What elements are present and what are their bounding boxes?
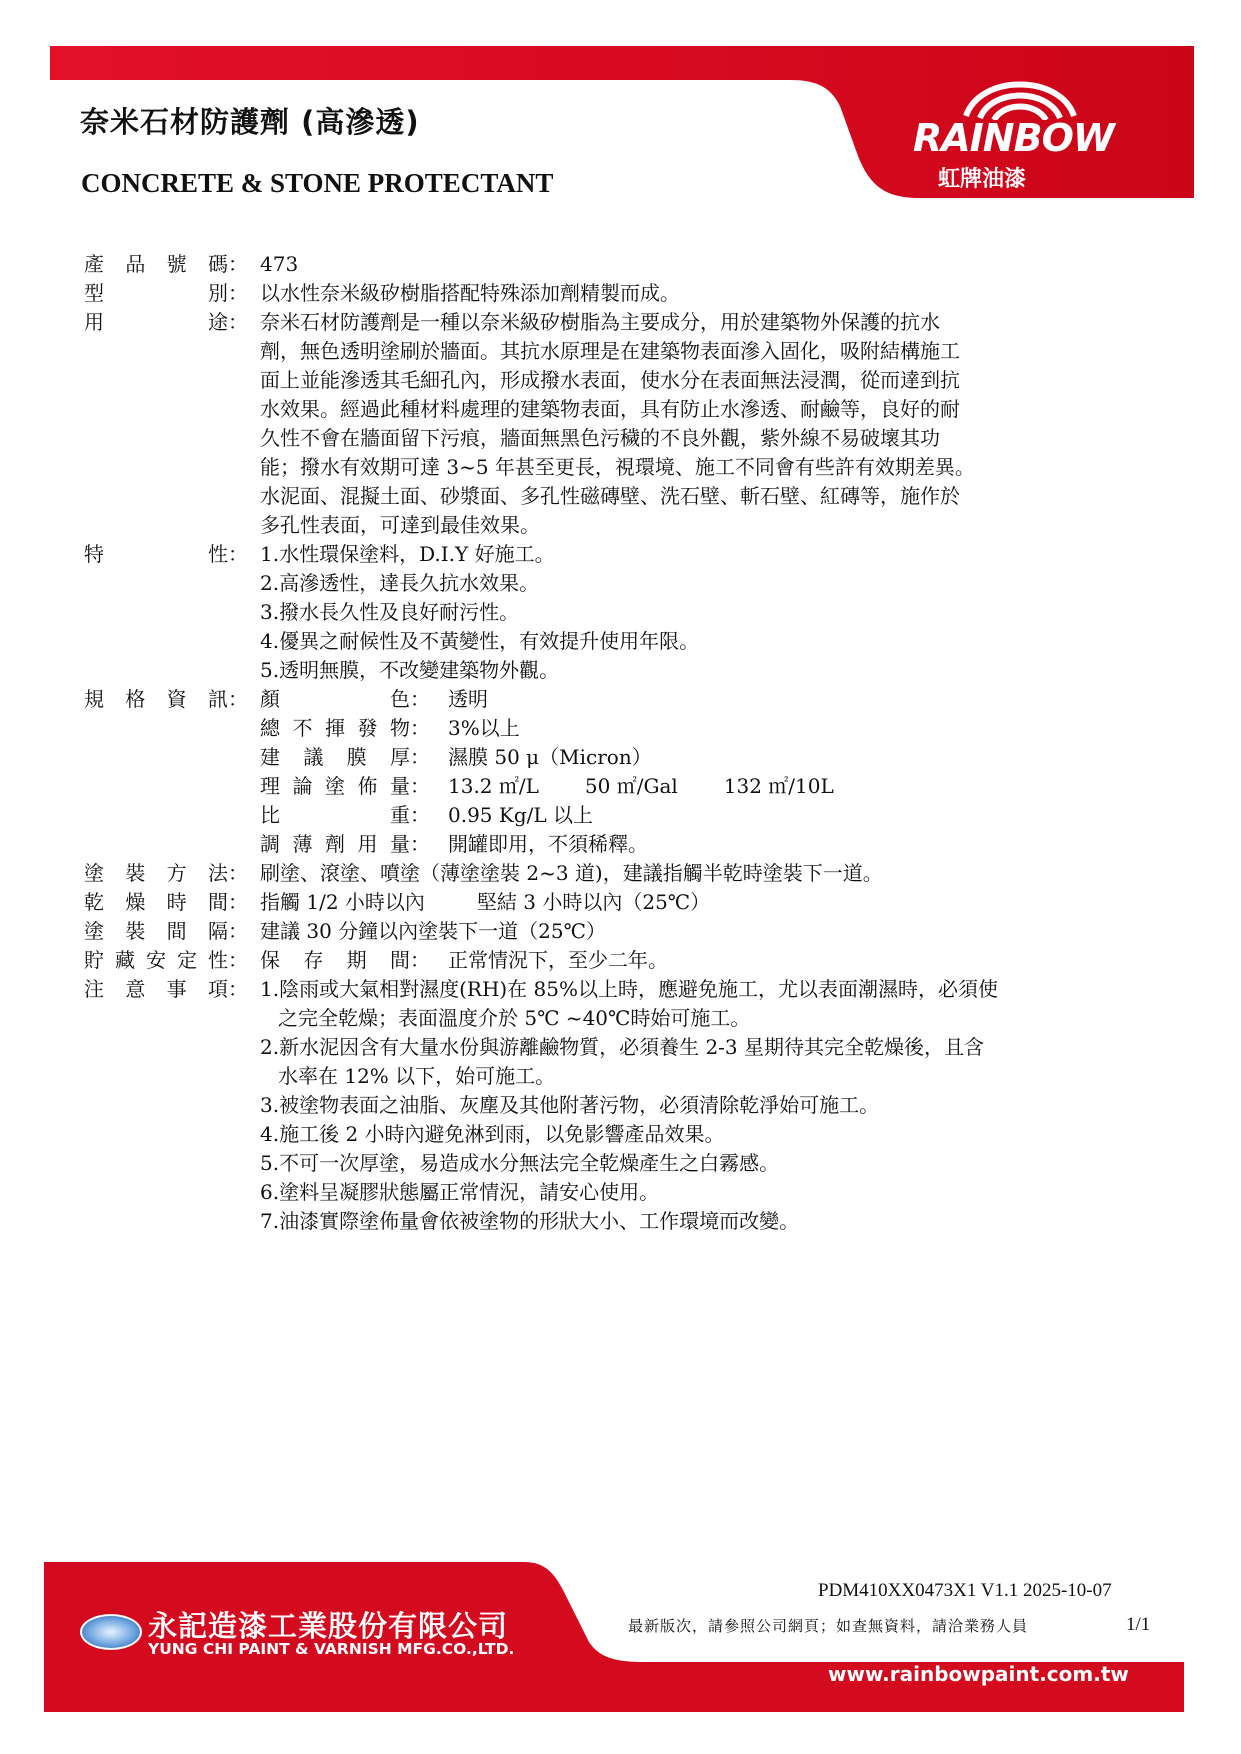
spec-thinner: 調薄劑用量 ： 開罐即用，不須稀釋。 (260, 830, 1164, 859)
note-item: 5.不可一次厚塗，易造成水分無法完全乾燥產生之白霧感。 (260, 1149, 1164, 1178)
field-label: 注意事項 (84, 975, 228, 1236)
rainbow-arcs-icon (960, 64, 1080, 120)
field-label: 產品號碼 (84, 250, 228, 279)
spec-film-thickness: 建議膜厚 ： 濕膜 50 μ（Micron） (260, 743, 1164, 772)
spec-nonvolatile: 總不揮發物 ： 3%以上 (260, 714, 1164, 743)
product-title-cn: 奈米石材防護劑 (高滲透) (80, 100, 420, 141)
field-storage: 貯藏安定性 ： 保存期間 ： 正常情況下，至少二年。 (84, 946, 1164, 975)
field-label: 規格資訊 (84, 685, 228, 859)
field-label: 特性 (84, 540, 228, 685)
logo-wordmark: RAINBOW (913, 116, 1114, 160)
features-list: 1.水性環保塗料，D.I.Y 好施工。 2.高滲透性，達長久抗水效果。 3.撥水… (260, 540, 1164, 685)
note-item: 7.油漆實際塗佈量會依被塗物的形狀大小、工作環境而改變。 (260, 1207, 1164, 1236)
page-number: 1/1 (1126, 1614, 1150, 1636)
logo-cn-text: 虹牌油漆 (938, 162, 1026, 193)
field-features: 特性 ： 1.水性環保塗料，D.I.Y 好施工。 2.高滲透性，達長久抗水效果。… (84, 540, 1164, 685)
feature-item: 4.優異之耐候性及不黃變性，有效提升使用年限。 (260, 627, 1164, 656)
field-specs: 規格資訊 ： 顏色 ： 透明 總不揮發物 ： 3%以上 建議膜厚 ： 濕膜 50… (84, 685, 1164, 859)
field-label: 型別 (84, 279, 228, 308)
note-item: 2.新水泥因含有大量水份與游離鹼物質，必須養生 2-3 星期待其完全乾燥後，且含 (260, 1033, 1164, 1062)
spec-coverage: 理論塗佈量 ： 13.2 ㎡/L50 ㎡/Gal132 ㎡/10L (260, 772, 1164, 801)
company-badge-icon (80, 1614, 142, 1650)
field-type: 型別 ： 以水性奈米級矽樹脂搭配特殊添加劑精製而成。 (84, 279, 1164, 308)
note-item: 6.塗料呈凝膠狀態屬正常情況，請安心使用。 (260, 1178, 1164, 1207)
spec-color: 顏色 ： 透明 (260, 685, 1164, 714)
website-link[interactable]: www.rainbowpaint.com.tw (828, 1662, 1129, 1686)
field-label: 貯藏安定性 (84, 946, 228, 975)
usage-value: 奈米石材防護劑是一種以奈米級矽樹脂為主要成分，用於建築物外保護的抗水 劑，無色透… (260, 308, 1164, 540)
field-label: 塗裝間隔 (84, 917, 228, 946)
field-drying: 乾燥時間 ： 指觸 1/2 小時以內堅結 3 小時以內（25℃） (84, 888, 1164, 917)
rainbow-logo: RAINBOW 虹牌油漆 (905, 64, 1145, 194)
product-code-value: 473 (260, 250, 1164, 279)
type-value: 以水性奈米級矽樹脂搭配特殊添加劑精製而成。 (260, 279, 1164, 308)
product-title-en: CONCRETE & STONE PROTECTANT (81, 168, 553, 199)
note-item: 1.陰雨或大氣相對濕度(RH)在 85%以上時，應避免施工，尤以表面潮濕時，必須… (260, 975, 1164, 1004)
company-name-cn: 永記造漆工業股份有限公司 (148, 1604, 508, 1645)
field-label: 塗裝方法 (84, 859, 228, 888)
feature-item: 1.水性環保塗料，D.I.Y 好施工。 (260, 540, 1164, 569)
document-code: PDM410XX0473X1 V1.1 2025-10-07 (818, 1580, 1112, 1602)
field-product-code: 產品號碼 ： 473 (84, 250, 1164, 279)
feature-item: 5.透明無膜，不改變建築物外觀。 (260, 656, 1164, 685)
spec-gravity: 比重 ： 0.95 Kg/L 以上 (260, 801, 1164, 830)
field-label: 乾燥時間 (84, 888, 228, 917)
field-interval: 塗裝間隔 ： 建議 30 分鐘以內塗裝下一道（25℃） (84, 917, 1164, 946)
company-name-en: YUNG CHI PAINT & VARNISH MFG.CO.,LTD. (148, 1640, 514, 1658)
field-label: 用途 (84, 308, 228, 540)
notes-list: 1.陰雨或大氣相對濕度(RH)在 85%以上時，應避免施工，尤以表面潮濕時，必須… (260, 975, 1164, 1236)
note-item: 4.施工後 2 小時內避免淋到雨，以免影響產品效果。 (260, 1120, 1164, 1149)
field-notes: 注意事項 ： 1.陰雨或大氣相對濕度(RH)在 85%以上時，應避免施工，尤以表… (84, 975, 1164, 1236)
field-usage: 用途 ： 奈米石材防護劑是一種以奈米級矽樹脂為主要成分，用於建築物外保護的抗水 … (84, 308, 1164, 540)
spec-sheet-body: 產品號碼 ： 473 型別 ： 以水性奈米級矽樹脂搭配特殊添加劑精製而成。 用途… (84, 250, 1164, 1236)
feature-item: 2.高滲透性，達長久抗水效果。 (260, 569, 1164, 598)
version-notice: 最新版次，請參照公司網頁；如查無資料，請洽業務人員 (628, 1615, 1028, 1636)
field-method: 塗裝方法 ： 刷塗、滾塗、噴塗（薄塗塗裝 2~3 道)，建議指觸半乾時塗裝下一道… (84, 859, 1164, 888)
specs-table: 顏色 ： 透明 總不揮發物 ： 3%以上 建議膜厚 ： 濕膜 50 μ（Micr… (260, 685, 1164, 859)
feature-item: 3.撥水長久性及良好耐污性。 (260, 598, 1164, 627)
note-item: 3.被塗物表面之油脂、灰塵及其他附著污物，必須清除乾淨始可施工。 (260, 1091, 1164, 1120)
